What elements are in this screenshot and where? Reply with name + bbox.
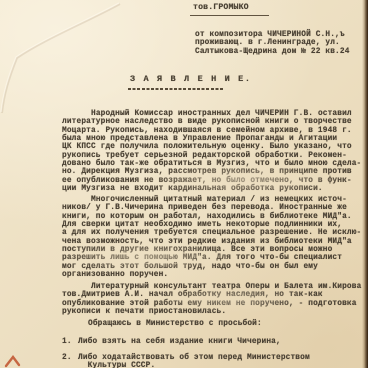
list-item-text: Либо взять на себя издание книги Чичерин… [78, 338, 348, 346]
list-item-2: 2. Либо ходатайствовать об этом перед Ми… [62, 354, 348, 368]
paragraph-2: Многочисленный цитатный материал / из не… [62, 196, 362, 279]
red-pencil-mark [4, 355, 26, 368]
paragraph-3: Литературный консультант театра Оперы и … [62, 283, 362, 316]
sender-block: от композитора ЧИЧЕРИНОЙ С.Н.,ъ проживаю… [195, 31, 363, 56]
paragraph-1: Народный Комиссар иностранных дел ЧИЧЕРИ… [62, 110, 362, 193]
document-title: З А Я В Л Е Н И Е. [130, 75, 252, 83]
request-line: Обращаюсь в Министерство с просьбой: [88, 320, 262, 328]
list-item-number: 2. [62, 354, 78, 368]
paper-edge-shadow [362, 0, 368, 368]
addressee-underline [190, 15, 269, 16]
addressee-line: тов.ГРОМЫКО [193, 4, 249, 12]
scanned-document-page: тов.ГРОМЫКО от композитора ЧИЧЕРИНОЙ С.Н… [0, 0, 368, 368]
list-item-1: 1. Либо взять на себя издание книги Чиче… [62, 338, 348, 346]
list-item-number: 1. [62, 338, 78, 346]
list-item-text: Либо ходатайствовать об этом перед Минис… [78, 354, 348, 368]
title-underline [128, 88, 224, 90]
